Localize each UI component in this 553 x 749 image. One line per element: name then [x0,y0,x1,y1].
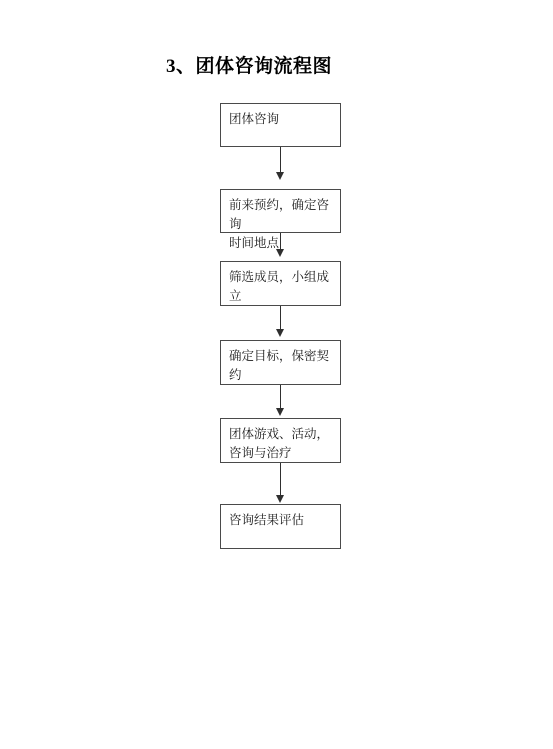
flow-box-label: 团体游戏、活动， 咨询与治疗 [221,419,340,463]
arrow-shaft [280,385,282,408]
arrow-shaft [280,147,282,172]
arrow-down-icon [276,147,285,180]
flow-box-label: 筛选成员，小组成立 [221,262,340,306]
arrow-down-icon [276,233,285,257]
document-page: 3、团体咨询流程图 团体咨询 前来预约，确定咨询 时间地点 筛选成员，小组成立 … [0,0,553,749]
arrow-head [276,249,284,257]
flow-box-member-screening: 筛选成员，小组成立 [220,261,341,306]
arrow-down-icon [276,385,285,416]
arrow-shaft [280,306,282,329]
flow-box-appointment: 前来预约，确定咨询 时间地点 [220,189,341,233]
flow-box-games-therapy: 团体游戏、活动， 咨询与治疗 [220,418,341,463]
flow-box-label: 团体咨询 [221,104,340,129]
arrow-shaft [280,233,282,249]
arrow-down-icon [276,463,285,503]
page-title: 3、团体咨询流程图 [166,51,332,78]
arrow-shaft [280,463,282,495]
arrow-head [276,329,284,337]
arrow-head [276,408,284,416]
flow-box-group-counseling: 团体咨询 [220,103,341,147]
arrow-down-icon [276,306,285,337]
flow-box-goals-confidentiality: 确定目标，保密契约 [220,340,341,385]
flow-box-result-evaluation: 咨询结果评估 [220,504,341,549]
arrow-head [276,495,284,503]
arrow-head [276,172,284,180]
flow-box-label: 咨询结果评估 [221,505,340,530]
flow-box-label: 确定目标，保密契约 [221,341,340,385]
